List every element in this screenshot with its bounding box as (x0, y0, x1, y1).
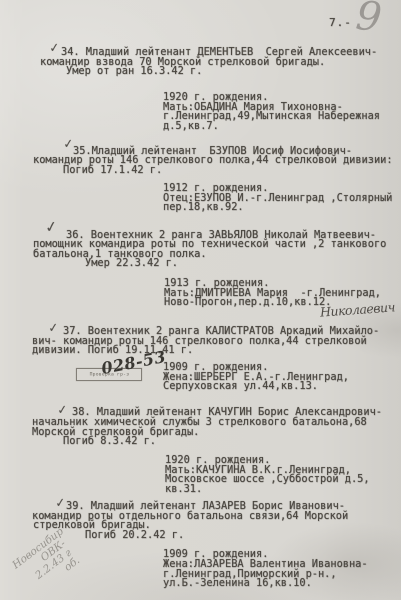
handwritten-margin-note: Новосибир ОВК- 2.2.43 г об. (11, 526, 86, 598)
check-mark-icon: ✓ (63, 136, 73, 153)
entry-36-address-1: Ново-Прогон,пер.д.10,кв.12. (164, 297, 331, 307)
entry-37-address-1: Серпуховская ул.44,кв.13. (163, 381, 318, 391)
entry-39-address-2: ул.Б.-Зеленина 16,кв.10. (163, 578, 312, 588)
entry-38-death-line: Погиб 8.3.42 г. (63, 436, 156, 446)
entry-36-death-line: Умер 22.3.42 г. (85, 258, 178, 268)
entry-34-address-2: д.5,кв.7. (163, 121, 219, 131)
entry-35-address-1: пер.18,кв.92. (163, 202, 244, 212)
check-mark-icon: ✓ (44, 216, 58, 237)
check-mark-icon: ✓ (49, 40, 59, 57)
scanned-document-page: 7.- 9 ✓ 34. Младший лейтенант ДЕМЕНТЬЕВ … (0, 0, 401, 600)
entry-38-address-2: кв.31. (165, 484, 202, 494)
entry-34-death-line: Умер от ран 16.3.42 г. (66, 66, 202, 76)
check-mark-icon: ✓ (55, 495, 65, 512)
page-number: 7.- (329, 18, 352, 28)
handwritten-page-number: 9 (354, 0, 384, 41)
check-mark-icon: ✓ (48, 320, 58, 337)
entry-37-death-line: дивизии. Погиб 19.11.41 г. (32, 345, 193, 355)
entry-39-death-line: Погиб 20.2.42 г. (85, 530, 184, 540)
entry-35-death-line: Погиб 17.1.42 г. (63, 165, 162, 175)
